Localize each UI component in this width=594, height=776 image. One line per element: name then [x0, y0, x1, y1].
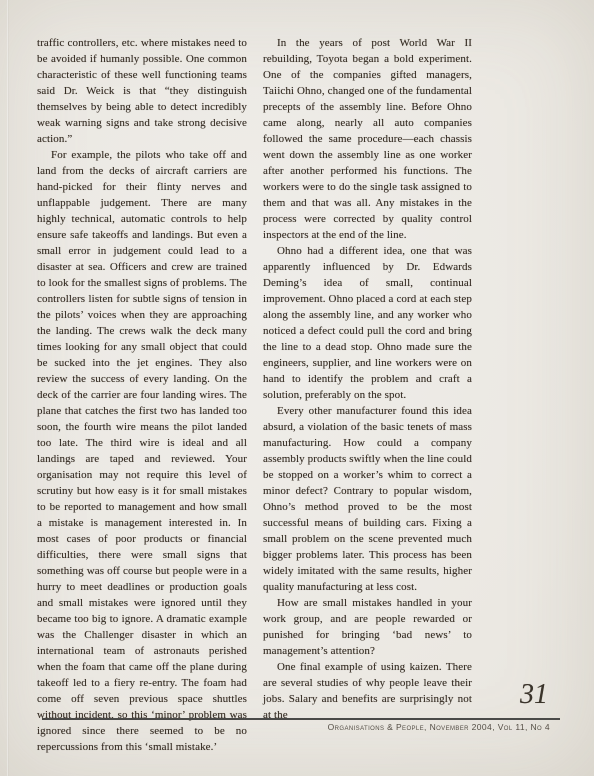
footer-rule [42, 718, 560, 720]
paragraph: How are small mistakes handled in your w… [263, 595, 472, 659]
paragraph: Every other manufacturer found this idea… [263, 403, 472, 595]
journal-citation: Organisations & People, November 2004, V… [328, 722, 550, 732]
paragraph: For example, the pilots who take off and… [37, 147, 247, 755]
paragraph: In the years of post World War II rebuil… [263, 35, 472, 243]
right-column: In the years of post World War II rebuil… [263, 35, 472, 723]
scan-edge-artifact [7, 0, 9, 776]
scanned-journal-page: traffic controllers, etc. where mistakes… [0, 0, 594, 776]
paragraph: traffic controllers, etc. where mistakes… [37, 35, 247, 147]
paragraph: One final example of using kaizen. There… [263, 659, 472, 723]
left-column: traffic controllers, etc. where mistakes… [37, 35, 247, 755]
page-number: 31 [520, 680, 548, 710]
paragraph: Ohno had a different idea, one that was … [263, 243, 472, 403]
